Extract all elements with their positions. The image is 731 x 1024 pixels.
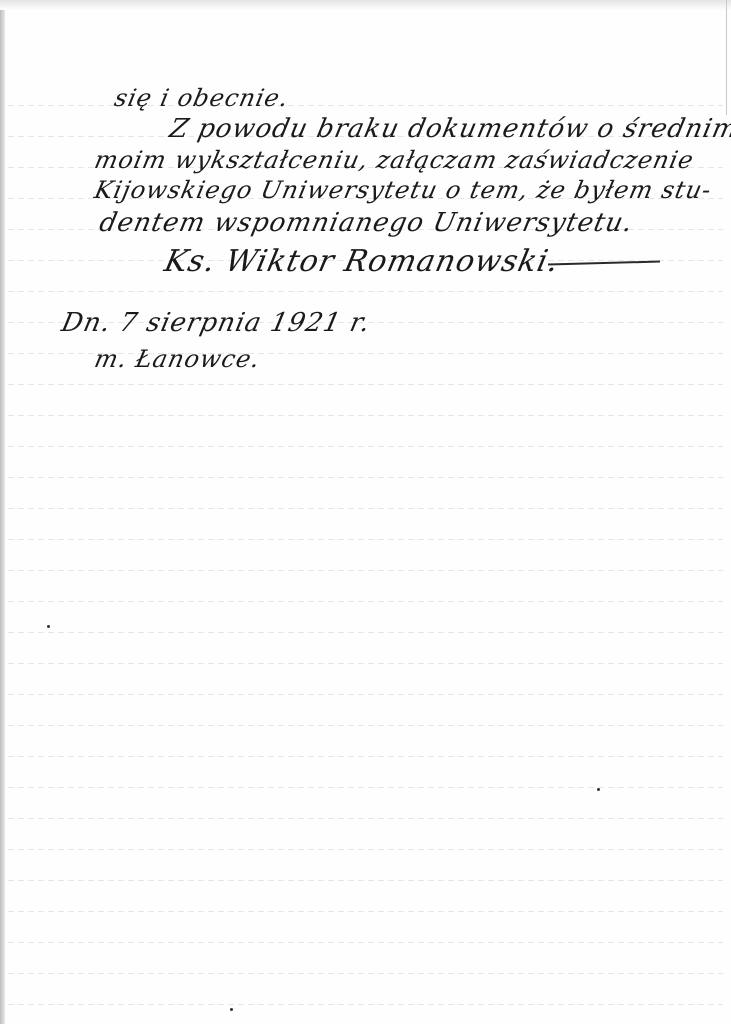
text-line-5: dentem wspomnianego Uniwersytetu. [97,208,636,238]
ruled-line [8,694,723,695]
scan-left-edge [0,0,5,1024]
ruled-line [8,787,723,788]
ink-speck [230,1008,233,1011]
ruled-line [8,384,723,385]
scan-top-edge [0,0,731,10]
document-page: się i obecnie. Z powodu braku dokumentów… [0,0,731,1024]
text-line-4: Kijowskiego Uniwersytetu o tem, że byłem… [92,176,714,204]
ruled-line [8,539,723,540]
ruled-line [8,291,723,292]
margin-line [726,0,727,115]
ruled-line [8,601,723,602]
ruled-line [8,756,723,757]
text-line-3: moim wykształceniu, załączam zaświadczen… [92,146,697,174]
ruled-line [8,973,723,974]
signature: Ks. Wiktor Romanowski. [161,244,562,279]
ruled-line [8,942,723,943]
ruled-line [8,1004,723,1005]
text-line-1: się i obecnie. [112,84,292,112]
ruled-line [8,632,723,633]
ruled-line [8,880,723,881]
ruled-line [8,849,723,850]
ruled-line [8,818,723,819]
ruled-line [8,911,723,912]
ruled-line [8,663,723,664]
ruled-line [8,508,723,509]
ruled-line [8,446,723,447]
ruled-line [8,477,723,478]
ruled-line [8,725,723,726]
ink-speck [47,625,50,628]
ruled-line [8,570,723,571]
place-line: m. Łanowce. [92,345,263,373]
ink-speck [597,788,600,791]
signature-flourish [548,261,660,266]
ruled-line [8,415,723,416]
text-line-2: Z powodu braku dokumentów o średnim [167,114,731,144]
date-line: Dn. 7 sierpnia 1921 r. [59,308,374,338]
